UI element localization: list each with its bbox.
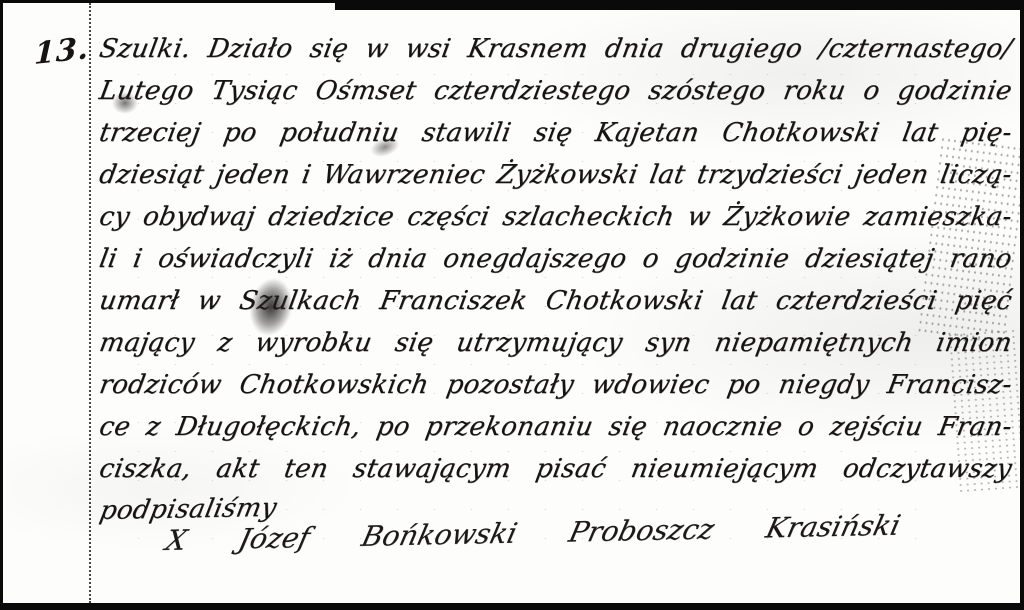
scan-border-top-thick (335, 0, 1024, 10)
scan-noise (947, 328, 1024, 492)
scan-border-bottom (0, 603, 1024, 610)
scan-border-left (0, 0, 3, 610)
scan-noise (120, 60, 920, 540)
record-number: 13. (34, 31, 90, 72)
margin-rule (89, 3, 91, 603)
document-scan: 13. Szulki. Działo się w wsi Krasnem dni… (0, 0, 1024, 610)
scan-border-right (1020, 0, 1024, 610)
ink-blot (112, 92, 138, 114)
